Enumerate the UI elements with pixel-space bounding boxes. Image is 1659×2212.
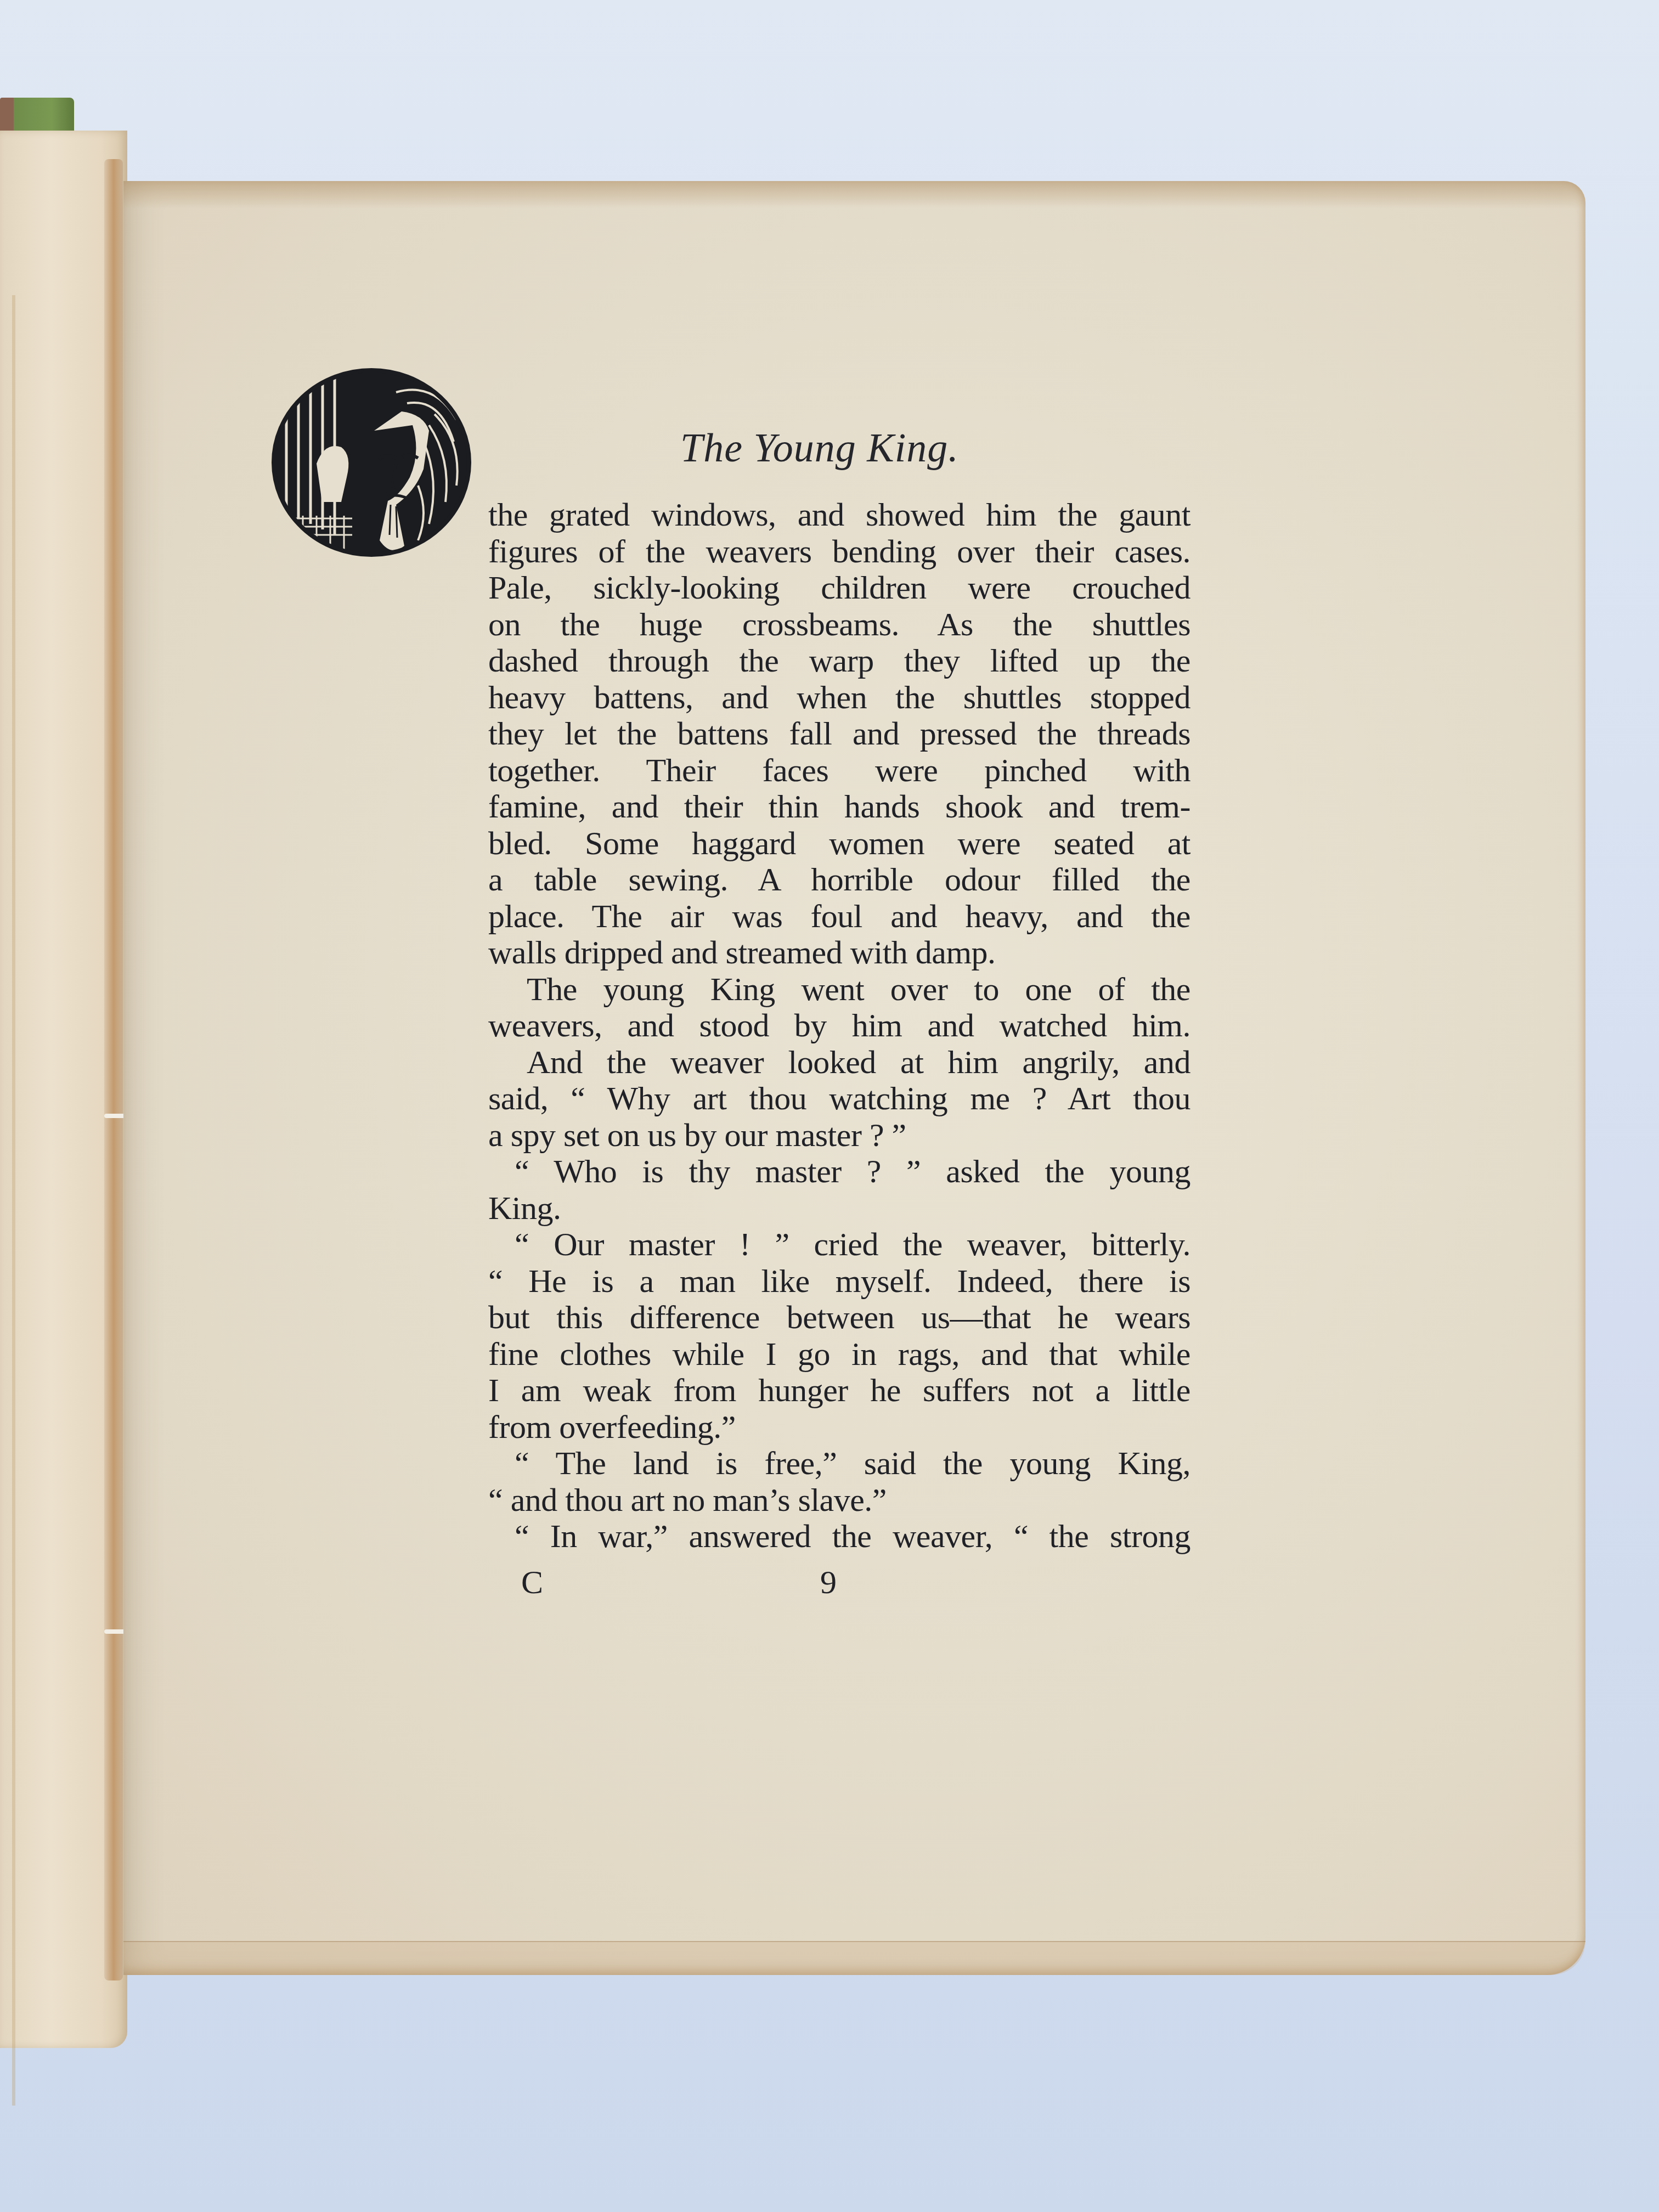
text-line: they let the battens fall and pressed th… <box>488 715 1190 752</box>
text-line: I am weak from hunger he suffers not a l… <box>488 1372 1190 1409</box>
text-line: together. Their faces were pinched with <box>488 752 1190 789</box>
text-line: And the weaver looked at him angrily, an… <box>488 1044 1190 1081</box>
engraved-medallion-icon <box>264 359 478 562</box>
text-line: The young King went over to one of the <box>488 971 1190 1008</box>
text-line: place. The air was foul and heavy, and t… <box>488 898 1190 935</box>
text-line: famine, and their thin hands shook and t… <box>488 788 1190 825</box>
text-line: “ The land is free,” said the young King… <box>488 1445 1190 1482</box>
text-line: “ Our master ! ” cried the weaver, bitte… <box>488 1226 1190 1263</box>
gutter-stain <box>104 159 123 1980</box>
text-line: King. <box>488 1190 1190 1227</box>
text-line: “ In war,” answered the weaver, “ the st… <box>488 1518 1190 1555</box>
text-line: figures of the weavers bending over thei… <box>488 533 1190 570</box>
text-line: “ Who is thy master ? ” asked the young <box>488 1153 1190 1190</box>
running-head-title: The Young King. <box>680 425 959 472</box>
page-top-foxing <box>123 181 1585 208</box>
text-line: walls dripped and streamed with damp. <box>488 934 1190 971</box>
text-line: heavy battens, and when the shuttles sto… <box>488 679 1190 716</box>
printer-signature-mark: C <box>521 1564 543 1601</box>
spine-crease <box>12 295 15 2106</box>
book-cover-cloth <box>0 98 74 132</box>
text-line: but this difference between us—that he w… <box>488 1299 1190 1336</box>
text-line: “ He is a man like myself. Indeed, there… <box>488 1263 1190 1300</box>
text-line: a table sewing. A horrible odour filled … <box>488 861 1190 898</box>
text-line: bled. Some haggard women were seated at <box>488 825 1190 862</box>
text-line: a spy set on us by our master ? ” <box>488 1117 1190 1154</box>
text-line: the grated windows, and showed him the g… <box>488 496 1190 533</box>
text-line: “ and thou art no man’s slave.” <box>488 1482 1190 1519</box>
body-text: the grated windows, and showed him the g… <box>488 496 1190 1555</box>
page-bottom-edge <box>123 1941 1585 1975</box>
text-line: said, “ Why art thou watching me ? Art t… <box>488 1080 1190 1117</box>
text-line: dashed through the warp they lifted up t… <box>488 642 1190 679</box>
text-line: weavers, and stood by him and watched hi… <box>488 1007 1190 1044</box>
text-line: fine clothes while I go in rags, and tha… <box>488 1336 1190 1373</box>
text-line: on the huge crossbeams. As the shuttles <box>488 606 1190 643</box>
text-line: Pale, sickly-looking children were crouc… <box>488 569 1190 606</box>
text-line: from overfeeding.” <box>488 1409 1190 1446</box>
page-number: 9 <box>820 1564 837 1601</box>
